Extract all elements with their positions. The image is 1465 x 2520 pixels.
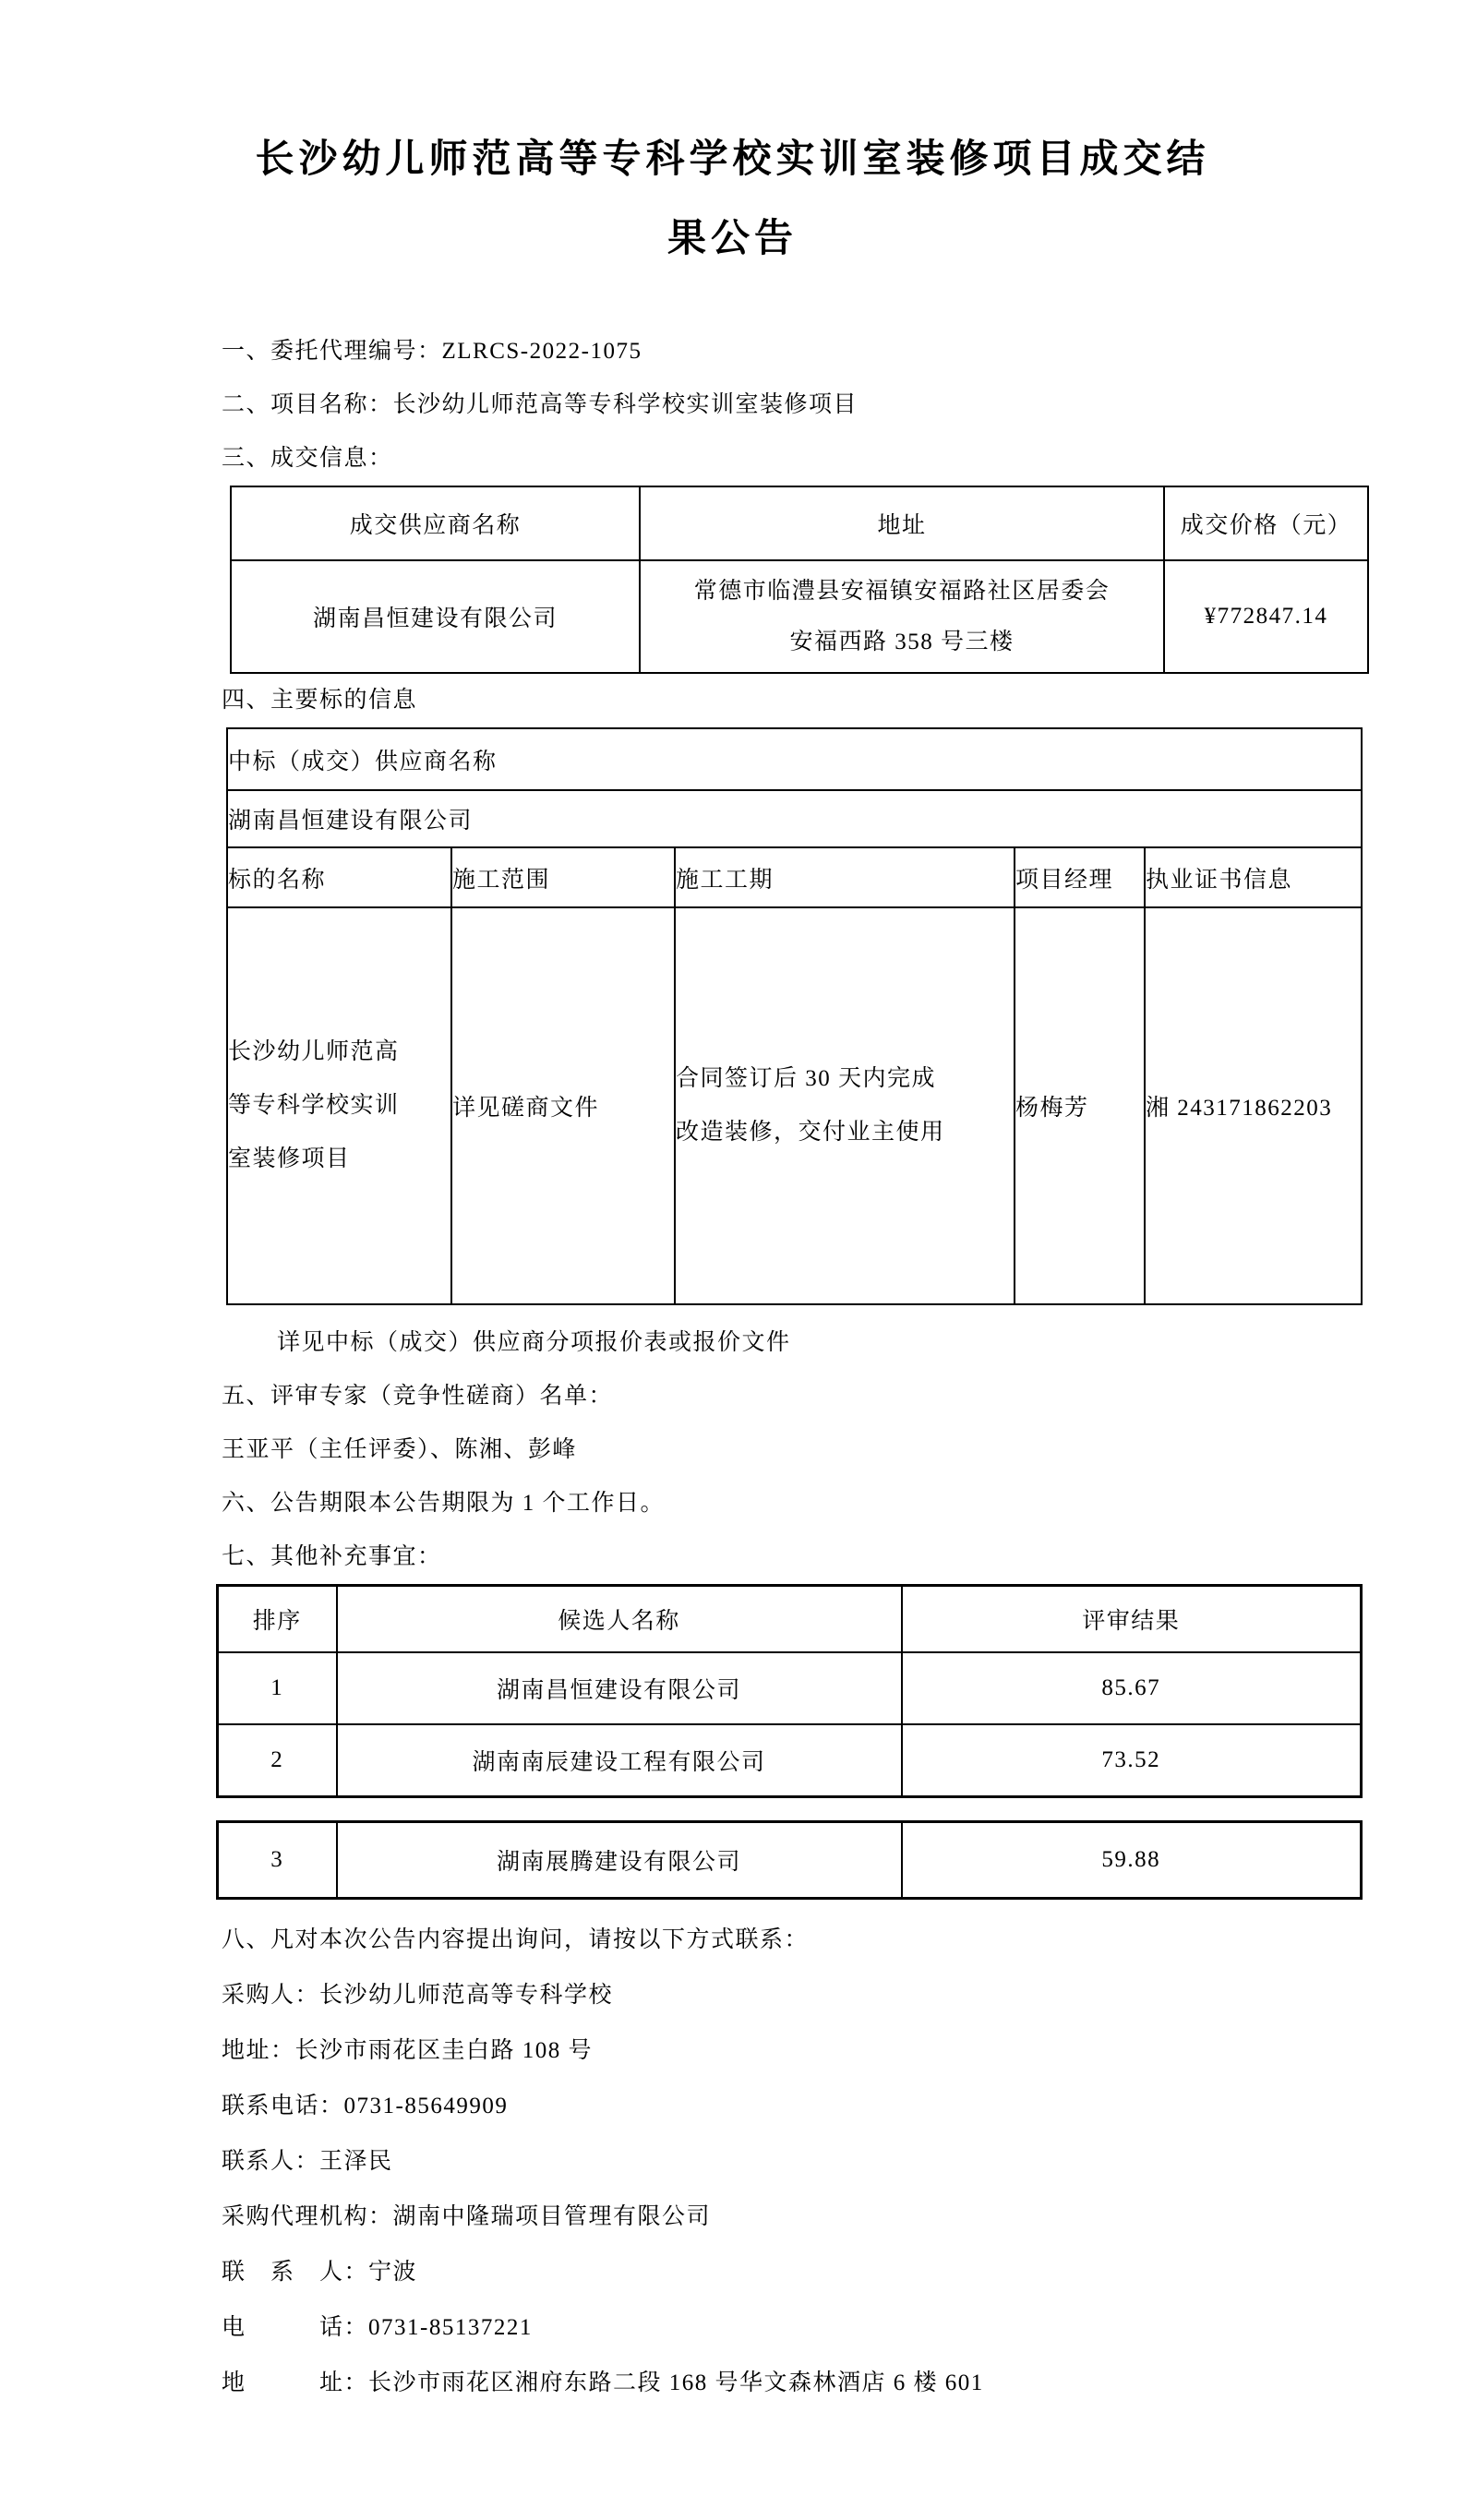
deal-header-price: 成交价格（元） [1164, 486, 1368, 560]
deal-price-value: ¥772847.14 [1164, 560, 1368, 673]
candidate-1-name: 湖南昌恒建设有限公司 [337, 1652, 902, 1724]
subject-header-manager: 项目经理 [1015, 847, 1145, 907]
candidate-3-name: 湖南展腾建设有限公司 [337, 1822, 902, 1899]
purchaser-phone: 联系电话：0731-85649909 [222, 2079, 1465, 2134]
candidate-2-score: 73.52 [902, 1724, 1362, 1797]
subject-manager-cell: 杨梅芳 [1015, 907, 1145, 1304]
subject-table-header-row: 标的名称 施工范围 施工工期 项目经理 执业证书信息 [227, 847, 1362, 907]
subject-header-name: 标的名称 [227, 847, 451, 907]
subject-scope-cell: 详见磋商文件 [451, 907, 675, 1304]
section-subject-heading: 四、主要标的信息 [222, 674, 1465, 727]
deal-table-header-row: 成交供应商名称 地址 成交价格（元） [231, 486, 1368, 560]
subject-header-scope: 施工范围 [451, 847, 675, 907]
section-announcement-period: 六、公告期限本公告期限为 1 个工作日。 [222, 1477, 1465, 1530]
subject-header-certificate: 执业证书信息 [1145, 847, 1362, 907]
duration-line-2: 改造装修，交付业主使用 [676, 1106, 1014, 1159]
candidate-3-rank: 3 [218, 1822, 337, 1899]
deal-info-table: 成交供应商名称 地址 成交价格（元） 湖南昌恒建设有限公司 常德市临澧县安福镇安… [230, 486, 1369, 674]
candidate-2-name: 湖南南辰建设工程有限公司 [337, 1724, 902, 1797]
deal-supplier-address: 常德市临澧县安福镇安福路社区居委会 安福西路 358 号三楼 [640, 560, 1164, 673]
subject-duration-cell: 合同签订后 30 天内完成 改造装修，交付业主使用 [675, 907, 1015, 1304]
experts-names: 王亚平（主任评委）、陈湘、彭峰 [222, 1423, 1465, 1477]
middle-text-block: 详见中标（成交）供应商分项报价表或报价文件 五、评审专家（竞争性磋商）名单： 王… [0, 1316, 1465, 1584]
deal-header-address: 地址 [640, 486, 1164, 560]
title-line-1: 长沙幼儿师范高等专科学校实训室装修项目成交结 [0, 120, 1465, 199]
document-title: 长沙幼儿师范高等专科学校实训室装修项目成交结 果公告 [0, 0, 1465, 279]
deal-supplier-name: 湖南昌恒建设有限公司 [231, 560, 640, 673]
purchaser-contact-person: 联系人：王泽民 [222, 2134, 1465, 2190]
contact-block: 八、凡对本次公告内容提出询问，请按以下方式联系： 采购人：长沙幼儿师范高等专科学… [0, 1913, 1465, 2411]
candidate-1-score: 85.67 [902, 1652, 1362, 1724]
agency-name: 采购代理机构：湖南中隆瑞项目管理有限公司 [222, 2190, 1465, 2245]
deal-table-data-row: 湖南昌恒建设有限公司 常德市临澧县安福镇安福路社区居委会 安福西路 358 号三… [231, 560, 1368, 673]
subject-name-line-2: 等专科学校实训 [228, 1079, 450, 1133]
title-line-2: 果公告 [0, 199, 1465, 279]
candidate-2-rank: 2 [218, 1724, 337, 1797]
winner-name: 湖南昌恒建设有限公司 [227, 790, 1362, 847]
candidate-row-3: 3 湖南展腾建设有限公司 59.88 [218, 1822, 1362, 1899]
candidates-table: 排序 候选人名称 评审结果 1 湖南昌恒建设有限公司 85.67 2 湖南南辰建… [216, 1584, 1363, 1798]
quote-note: 详见中标（成交）供应商分项报价表或报价文件 [222, 1316, 1465, 1370]
agency-phone: 电 话：0731-85137221 [222, 2300, 1465, 2356]
winner-name-row: 湖南昌恒建设有限公司 [227, 790, 1362, 847]
section-experts-heading: 五、评审专家（竞争性磋商）名单： [222, 1370, 1465, 1423]
candidates-header-name: 候选人名称 [337, 1586, 902, 1653]
address-line-1: 常德市临澧县安福镇安福路社区居委会 [641, 566, 1163, 617]
deal-header-supplier: 成交供应商名称 [231, 486, 640, 560]
section-contact-heading: 八、凡对本次公告内容提出询问，请按以下方式联系： [222, 1913, 1465, 1968]
candidates-header-row: 排序 候选人名称 评审结果 [218, 1586, 1362, 1653]
address-line-2: 安福西路 358 号三楼 [641, 617, 1163, 667]
subject-info-table: 中标（成交）供应商名称 湖南昌恒建设有限公司 标的名称 施工范围 施工工期 项目… [226, 727, 1363, 1305]
subject-header-duration: 施工工期 [675, 847, 1015, 907]
purchaser-address: 地址：长沙市雨花区圭白路 108 号 [222, 2023, 1465, 2079]
candidates-header-rank: 排序 [218, 1586, 337, 1653]
purchaser-name: 采购人：长沙幼儿师范高等专科学校 [222, 1968, 1465, 2023]
section-deal-info-heading: 三、成交信息： [222, 432, 1465, 486]
candidate-1-rank: 1 [218, 1652, 337, 1724]
subject-certificate-cell: 湘 243171862203 [1145, 907, 1362, 1304]
section-agency-code: 一、委托代理编号：ZLRCS-2022-1075 [222, 325, 1465, 378]
subject-name-line-3: 室装修项目 [228, 1133, 450, 1186]
candidate-row-2: 2 湖南南辰建设工程有限公司 73.52 [218, 1724, 1362, 1797]
duration-line-1: 合同签订后 30 天内完成 [676, 1052, 1014, 1106]
section-project-name: 二、项目名称：长沙幼儿师范高等专科学校实训室装修项目 [222, 378, 1465, 432]
winner-label-row: 中标（成交）供应商名称 [227, 728, 1362, 790]
subject-name-line-1: 长沙幼儿师范高 [228, 1026, 450, 1079]
agency-address: 地 址：长沙市雨花区湘府东路二段 168 号华文森林酒店 6 楼 601 [222, 2356, 1465, 2411]
subject-table-data-row: 长沙幼儿师范高 等专科学校实训 室装修项目 详见磋商文件 合同签订后 30 天内… [227, 907, 1362, 1304]
section-other-heading: 七、其他补充事宜： [222, 1530, 1465, 1584]
agency-contact-person: 联 系 人：宁波 [222, 2245, 1465, 2300]
winner-label: 中标（成交）供应商名称 [227, 728, 1362, 790]
subject-name-cell: 长沙幼儿师范高 等专科学校实训 室装修项目 [227, 907, 451, 1304]
candidates-header-score: 评审结果 [902, 1586, 1362, 1653]
announcement-document: 长沙幼儿师范高等专科学校实训室装修项目成交结 果公告 一、委托代理编号：ZLRC… [0, 0, 1465, 2520]
candidate-row-1: 1 湖南昌恒建设有限公司 85.67 [218, 1652, 1362, 1724]
candidate-3-score: 59.88 [902, 1822, 1362, 1899]
candidates-table-continued: 3 湖南展腾建设有限公司 59.88 [216, 1820, 1363, 1900]
